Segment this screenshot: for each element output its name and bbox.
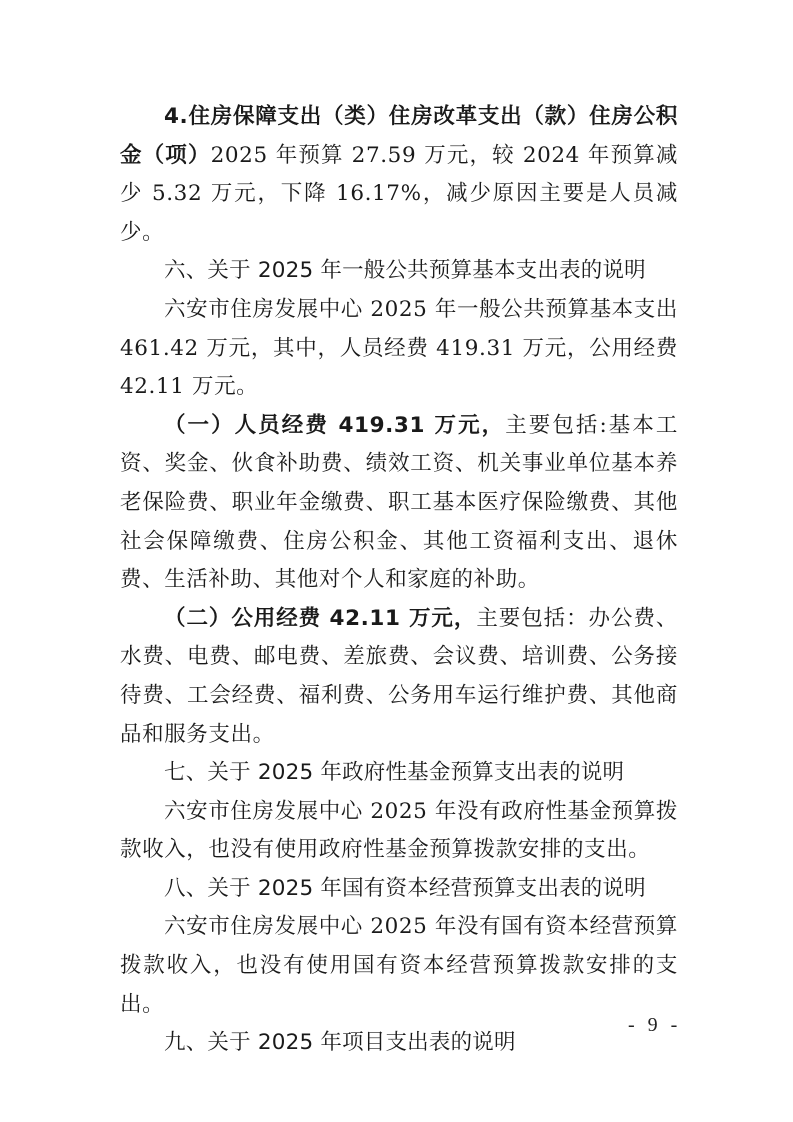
item4-paragraph: 4.住房保障支出（类）住房改革支出（款）住房公积金（项）2025 年预算 27.… bbox=[120, 98, 678, 252]
page-number: - 9 - bbox=[628, 1014, 681, 1037]
section9-heading: 九、关于 2025 年项目支出表的说明 bbox=[120, 1024, 678, 1063]
section6-heading: 六、关于 2025 年一般公共预算基本支出表的说明 bbox=[120, 252, 678, 291]
section8-body: 六安市住房发展中心 2025 年没有国有资本经营预算拨款收入，也没有使用国有资本… bbox=[120, 908, 678, 1024]
public-expense-paragraph: （二）公用经费 42.11 万元，主要包括：办公费、水费、电费、邮电费、差旅费、… bbox=[120, 600, 678, 754]
section6-body: 六安市住房发展中心 2025 年一般公共预算基本支出 461.42 万元，其中，… bbox=[120, 291, 678, 407]
personnel-expense-paragraph: （一）人员经费 419.31 万元，主要包括:基本工资、奖金、伙食补助费、绩效工… bbox=[120, 407, 678, 600]
section8-heading: 八、关于 2025 年国有资本经营预算支出表的说明 bbox=[120, 870, 678, 909]
public-expense-bold-lead: （二）公用经费 42.11 万元， bbox=[164, 606, 476, 631]
section7-heading: 七、关于 2025 年政府性基金预算支出表的说明 bbox=[120, 754, 678, 793]
personnel-expense-bold-lead: （一）人员经费 419.31 万元， bbox=[164, 413, 505, 438]
document-page: 4.住房保障支出（类）住房改革支出（款）住房公积金（项）2025 年预算 27.… bbox=[120, 98, 678, 1063]
section7-body: 六安市住房发展中心 2025 年没有政府性基金预算拨款收入，也没有使用政府性基金… bbox=[120, 793, 678, 870]
personnel-expense-text: 主要包括:基本工资、奖金、伙食补助费、绩效工资、机关事业单位基本养老保险费、职业… bbox=[120, 413, 678, 592]
